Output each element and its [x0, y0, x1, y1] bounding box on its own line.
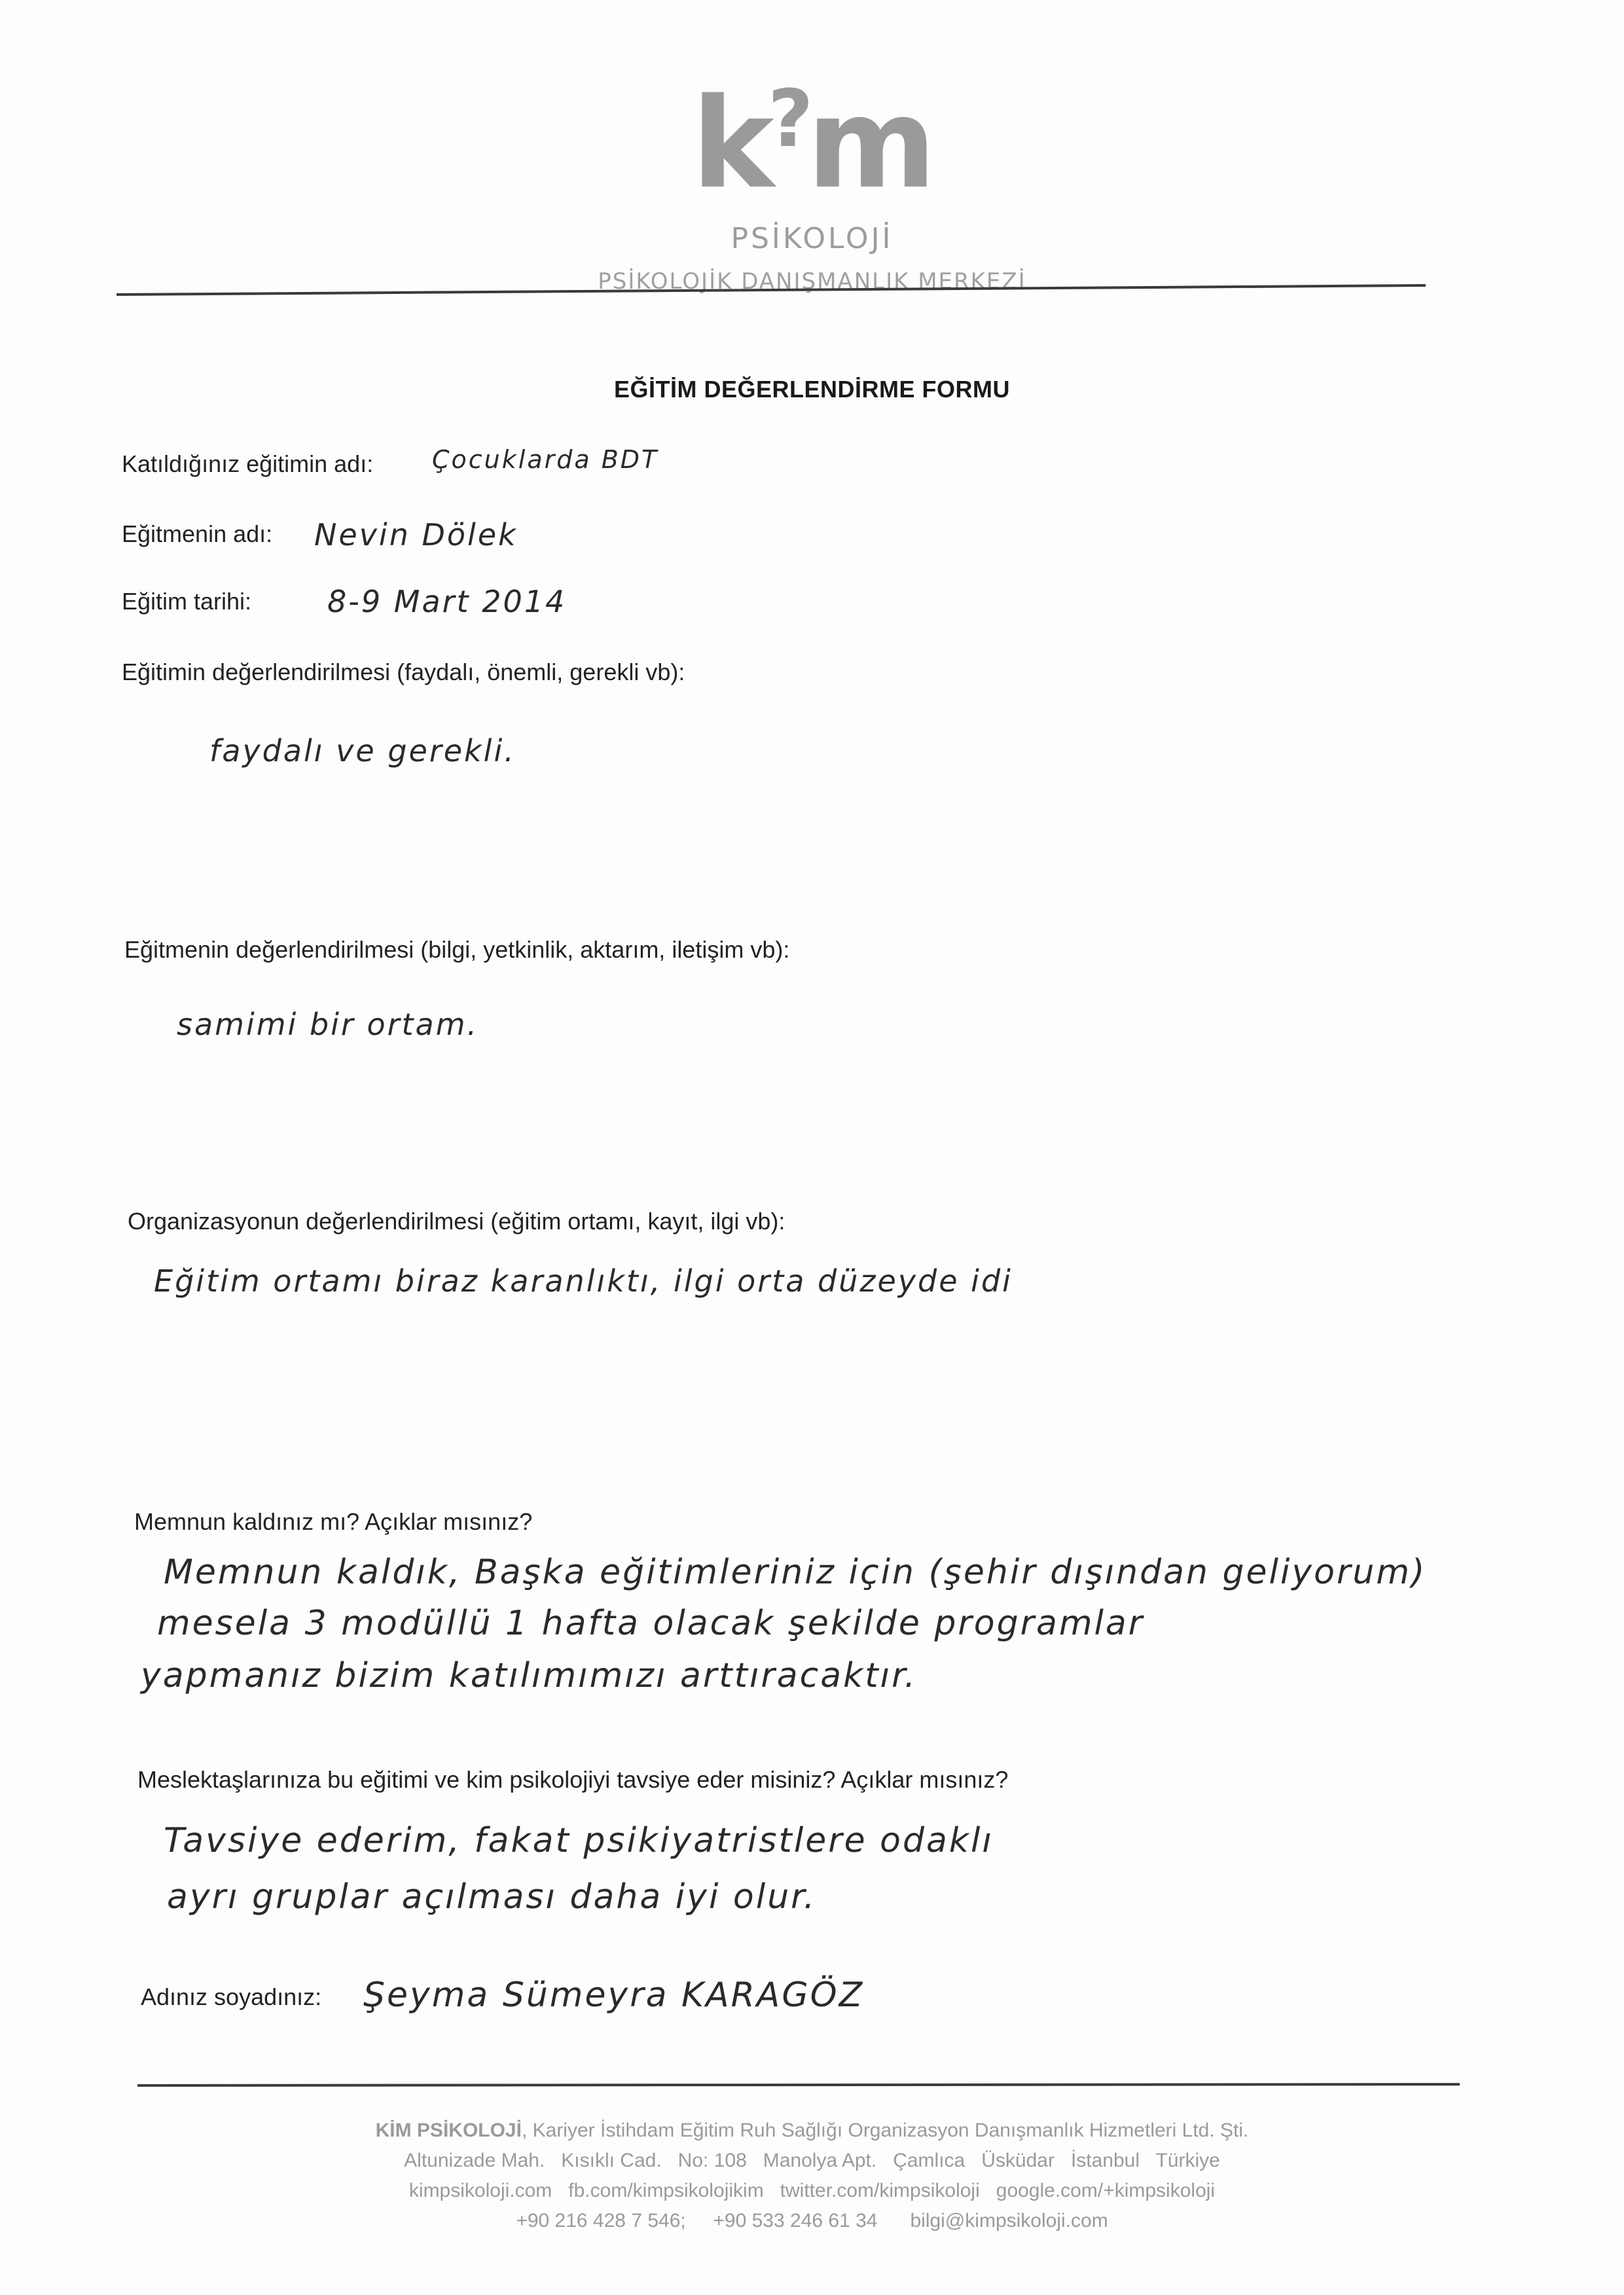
footer: KİM PSİKOLOJİ, Kariyer İstihdam Eğitim R… [0, 2116, 1624, 2236]
trainer-name-value[interactable]: Nevin Dölek [314, 517, 518, 552]
training-evaluation-label: Eğitimin değerlendirilmesi (faydalı, öne… [122, 659, 685, 686]
recommendation-line: ayrı gruplar açılması daha iyi olur. [167, 1877, 816, 1917]
training-name-value[interactable]: Çocuklarda BDT [432, 445, 659, 474]
form-title: EĞİTİM DEĞERLENDİRME FORMU [0, 376, 1624, 403]
footer-address: Altunizade Mah. Kısıklı Cad. No: 108 Man… [0, 2146, 1624, 2176]
training-date-label: Eğitim tarihi: [122, 588, 251, 615]
training-date-value[interactable]: 8-9 Mart 2014 [327, 584, 566, 619]
footer-links: kimpsikoloji.com fb.com/kimpsikolojikim … [0, 2176, 1624, 2206]
satisfaction-line: mesela 3 modüllü 1 hafta olacak şekilde … [157, 1604, 1144, 1643]
footer-company-name: KİM PSİKOLOJİ [376, 2120, 522, 2141]
satisfaction-label: Memnun kaldınız mı? Açıklar mısınız? [134, 1508, 532, 1536]
logo-subtitle: PSİKOLOJİ [0, 222, 1624, 255]
logo-m: m [806, 71, 932, 216]
logo-mark: k?m [0, 92, 1624, 213]
form-page: k?m PSİKOLOJİ PSİKOLOJİK DANIŞMANLIK MER… [0, 0, 1624, 2295]
organization-evaluation-value[interactable]: Eğitim ortamı biraz karanlıktı, ilgi ort… [154, 1263, 1013, 1299]
footer-company-description: , Kariyer İstihdam Eğitim Ruh Sağlığı Or… [522, 2120, 1248, 2141]
training-name-label: Katıldığınız eğitimin adı: [122, 450, 373, 478]
recommendation-label: Meslektaşlarınıza bu eğitimi ve kim psik… [137, 1766, 1008, 1794]
recommendation-line: Tavsiye ederim, fakat psikiyatristlere o… [164, 1821, 994, 1860]
question-mark-icon: ? [768, 74, 810, 165]
logo-k: k [692, 71, 770, 216]
footer-divider [137, 2083, 1460, 2087]
footer-contact: +90 216 428 7 546; +90 533 246 61 34 bil… [0, 2206, 1624, 2236]
company-logo: k?m PSİKOLOJİ PSİKOLOJİK DANIŞMANLIK MER… [0, 92, 1624, 295]
trainer-evaluation-label: Eğitmenin değerlendirilmesi (bilgi, yetk… [124, 936, 789, 964]
trainer-evaluation-value[interactable]: samimi bir ortam. [177, 1007, 478, 1042]
full-name-label: Adınız soyadınız: [141, 1983, 321, 2011]
footer-company: KİM PSİKOLOJİ, Kariyer İstihdam Eğitim R… [0, 2116, 1624, 2146]
organization-evaluation-label: Organizasyonun değerlendirilmesi (eğitim… [128, 1208, 785, 1235]
trainer-name-label: Eğitmenin adı: [122, 520, 272, 548]
training-evaluation-value[interactable]: faydalı ve gerekli. [209, 733, 516, 768]
satisfaction-line: yapmanız bizim katılımımızı arttıracaktı… [141, 1656, 917, 1695]
satisfaction-line: Memnun kaldık, Başka eğitimleriniz için … [164, 1553, 1426, 1592]
full-name-value[interactable]: Şeyma Sümeyra KARAGÖZ [363, 1976, 864, 2015]
